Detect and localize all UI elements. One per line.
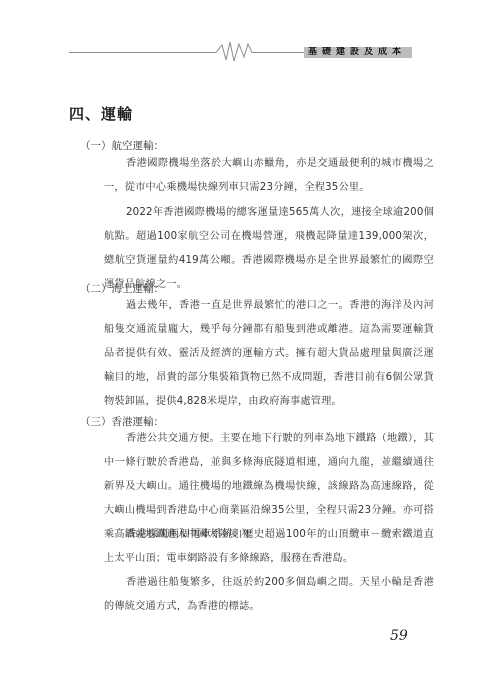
- paragraph-hk-2: 香港採用兩個電車系統：歷史超過100年的山頂纜車－纜索鐵道直上太平山頂；電車網路…: [104, 523, 434, 571]
- subsection-heading-air: （一）航空運輸：: [80, 138, 164, 153]
- paragraph-sea-1: 過去幾年，香港一直是世界最繁忙的港口之一。香港的海洋及內河船隻交通流量龐大，幾乎…: [104, 294, 434, 414]
- page-number: 59: [390, 628, 408, 644]
- running-title: 基礎建設及成本: [304, 47, 412, 58]
- header-zigzag-rule: [0, 0, 480, 80]
- section-title: 四、運輸: [69, 103, 133, 124]
- paragraph-hk-3: 香港過往船隻繁多，往返於約200多個島嶼之間。天星小輪是香港的傳統交通方式，為香…: [104, 571, 434, 619]
- paragraph-air-1: 香港國際機場坐落於大嶼山赤鱲角，亦是交通最便利的城市機場之一，從市中心乘機場快線…: [104, 152, 434, 200]
